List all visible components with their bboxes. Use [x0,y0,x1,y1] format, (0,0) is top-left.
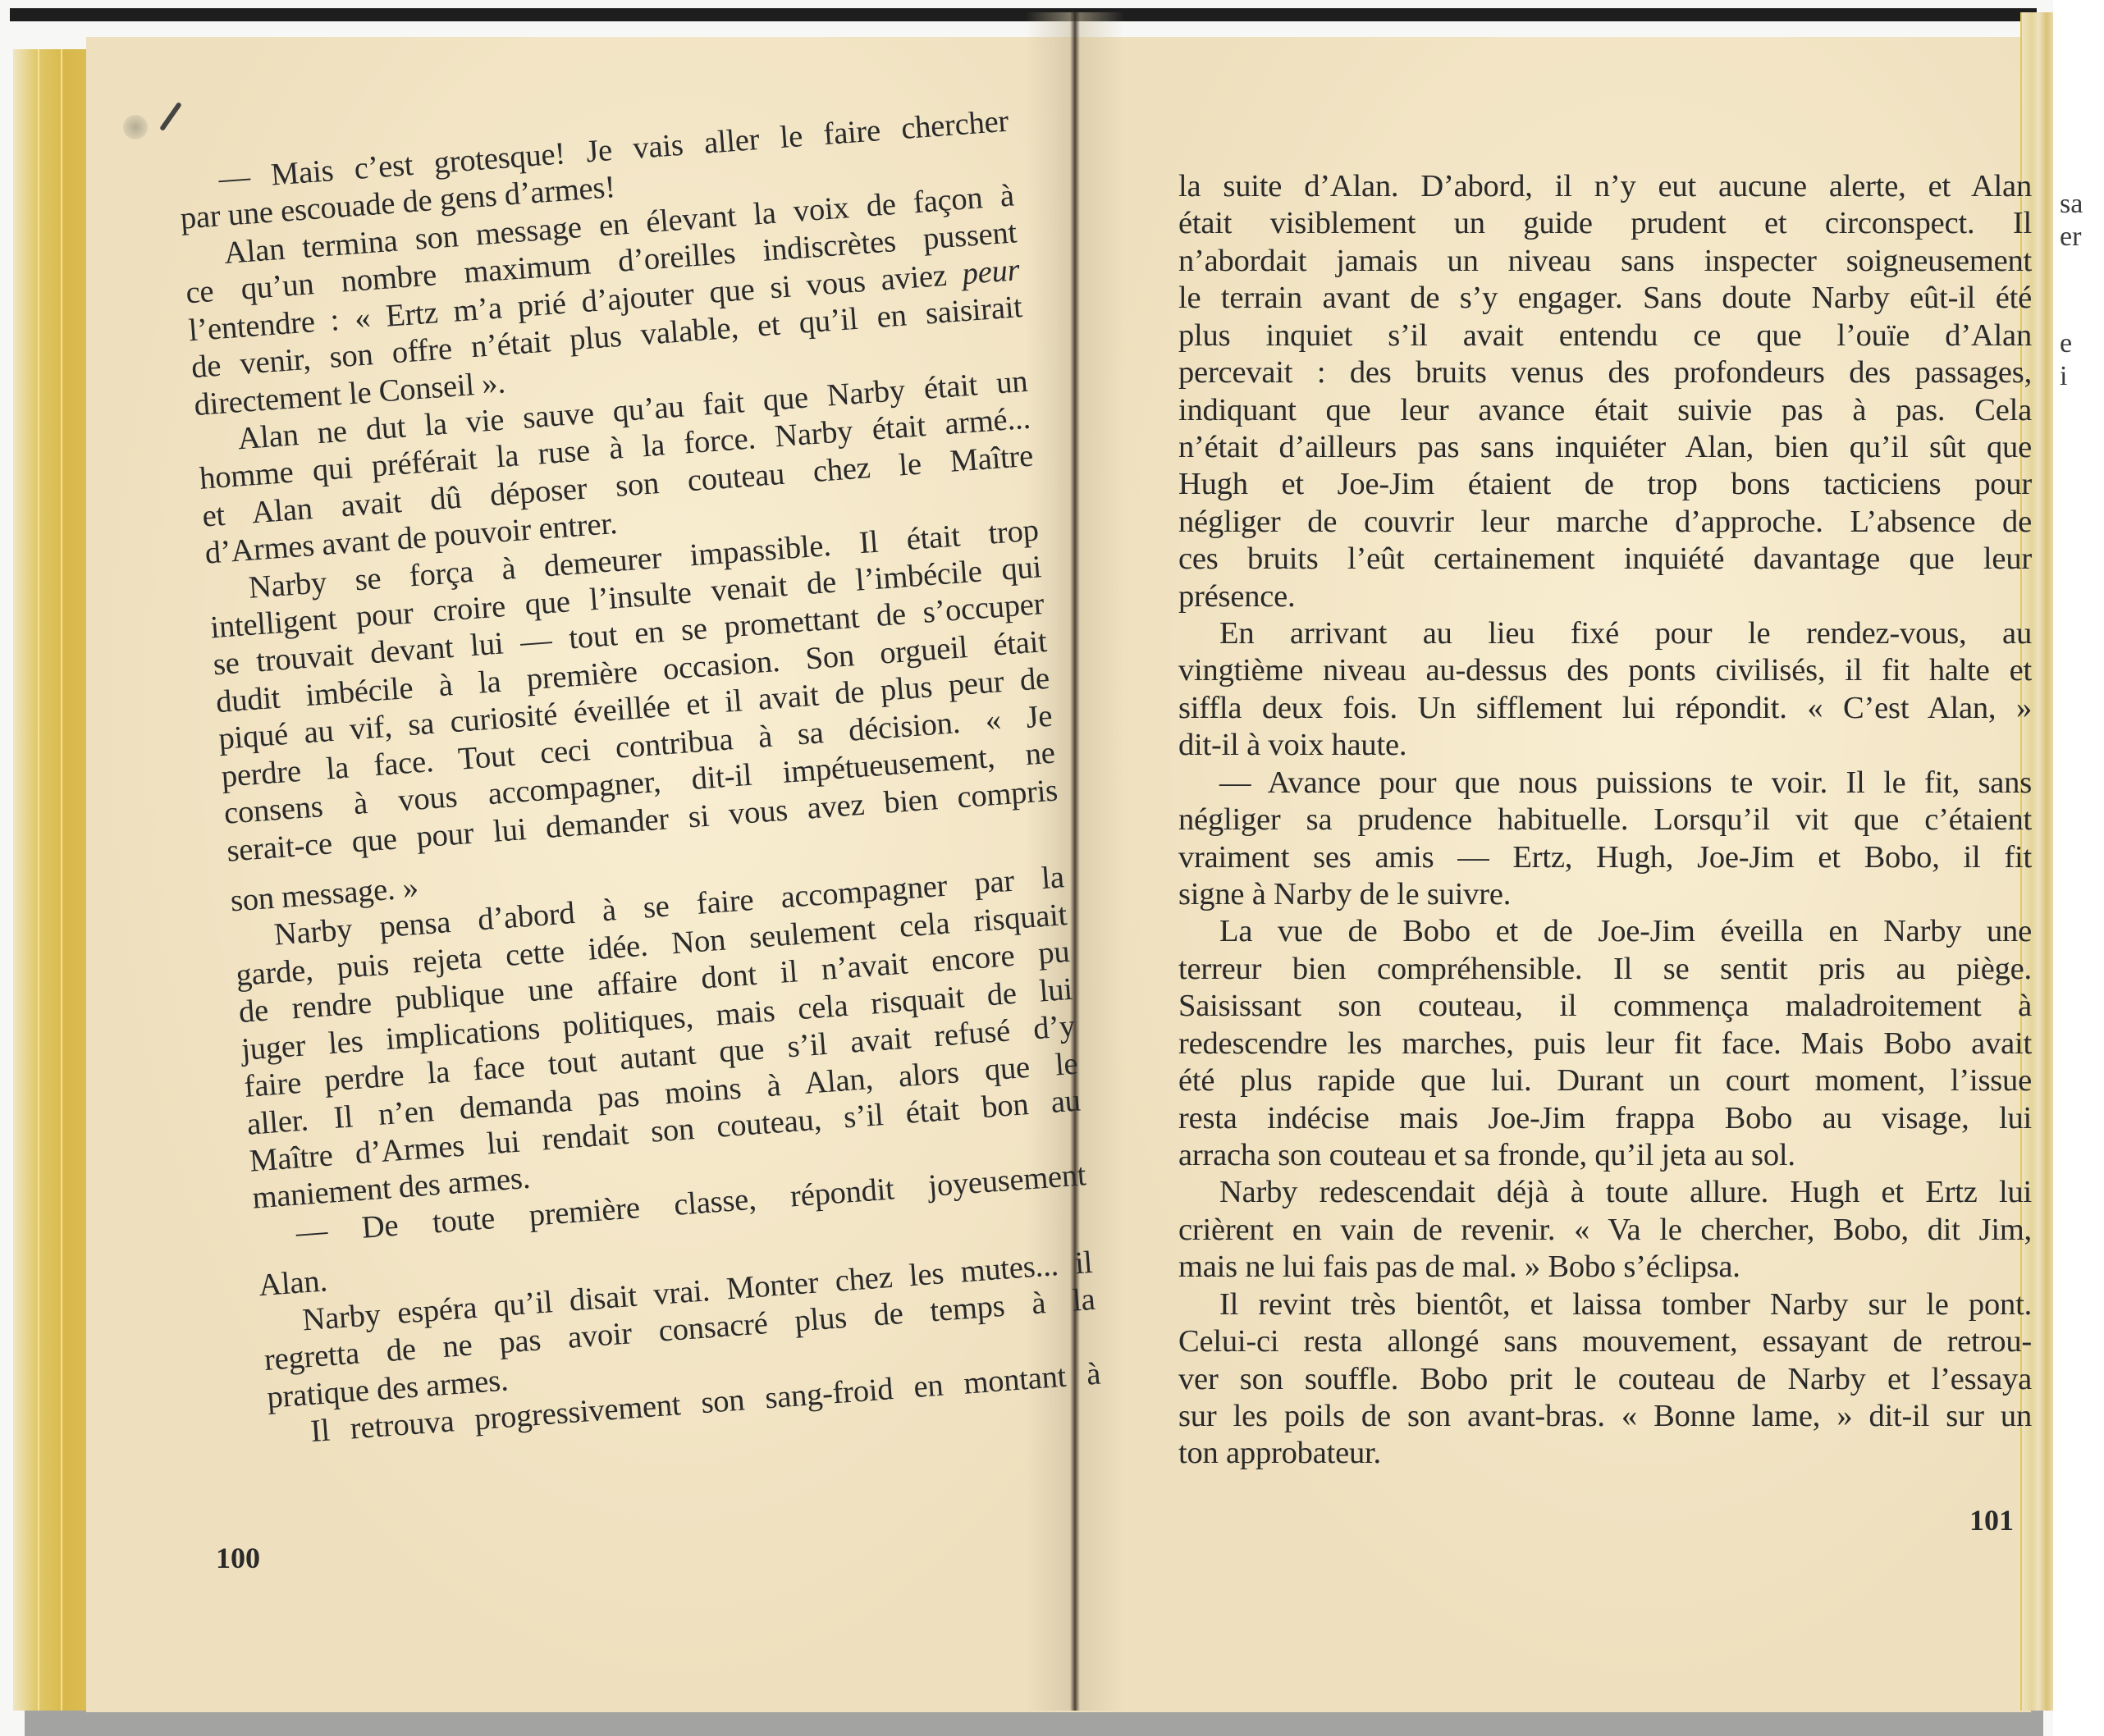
text-line: terreur bien compréhensible. Il se senti… [1178,951,2032,988]
text-line: arracha son couteau et sa fronde, qu’il … [1178,1137,2032,1174]
text-line-content: négliger de couvrir leur marche d’approc… [1178,505,2032,539]
text-line-content: la suite d’Alan. D’abord, il n’y eut auc… [1178,169,2032,203]
text-line: était visiblement un guide prudent et ci… [1178,205,2032,242]
text-line: la suite d’Alan. D’abord, il n’y eut auc… [1178,168,2032,205]
text-line-content: vraiment ses amis — Ertz, Hugh, Joe-Jim … [1178,840,2032,875]
text-line: signe à Narby de le suivre. [1178,876,2032,913]
text-line: vingtième niveau au-dessus des ponts civ… [1178,652,2032,689]
text-line: indiquant que leur avance était suivie p… [1178,392,2032,429]
left-page-text: — Mais c’est grotesque! Je vais aller le… [176,103,1102,1454]
text-line-content: percevait : des bruits venus des profond… [1178,355,2032,390]
text-line-content: signe à Narby de le suivre. [1178,877,1511,911]
text-line-content: resta indécise mais Joe-Jim frappa Bobo … [1178,1101,2032,1135]
text-line: le terrain avant de s’y engager. Sans do… [1178,280,2032,317]
text-line: Il revint très bientôt, et laissa tomber… [1178,1286,2032,1323]
bleed-fragment: er [2060,222,2081,253]
text-line: Hugh et Joe-Jim étaient de trop bons tac… [1178,466,2032,503]
text-line-content: n’était d’ailleurs pas sans inquiéter Al… [1178,430,2032,464]
text-line: négliger de couvrir leur marche d’approc… [1178,504,2032,541]
text-line: Saisissant son couteau, il commença mala… [1178,988,2032,1025]
text-line-content: été plus rapide que lui. Durant un court… [1178,1063,2032,1098]
text-line: ver son souffle. Bobo prit le couteau de… [1178,1361,2032,1398]
text-line-content: crièrent en vain de revenir. « Va le che… [1178,1213,2032,1247]
page-number-right: 101 [1969,1503,2014,1537]
text-line-content: indiquant que leur avance était suivie p… [1178,393,2032,427]
text-line: crièrent en vain de revenir. « Va le che… [1178,1212,2032,1249]
text-line-content: dit-il à voix haute. [1178,728,1406,762]
text-line: ton approbateur. [1178,1435,2032,1472]
bleed-fragment: sa [2060,189,2083,220]
text-line: siffla deux fois. Un sifflement lui répo… [1178,690,2032,727]
text-line-content: n’abordait jamais un niveau sans inspect… [1178,244,2032,278]
text-line: resta indécise mais Joe-Jim frappa Bobo … [1178,1100,2032,1137]
text-line-content: Il revint très bientôt, et laissa tomber… [1219,1287,2032,1322]
text-line: dit-il à voix haute. [1178,727,2032,764]
text-line: La vue de Bobo et de Joe-Jim éveilla en … [1178,913,2032,950]
text-line-content: mais ne lui fais pas de mal. » Bobo s’éc… [1178,1249,1740,1284]
text-line-content: redescendre les marches, puis leur fit f… [1178,1026,2032,1061]
text-line: négliger sa prudence habituelle. Lorsqu’… [1178,802,2032,838]
text-line-content: Hugh et Joe-Jim étaient de trop bons tac… [1178,467,2032,501]
text-line-content: Saisissant son couteau, il commença mala… [1178,989,2032,1023]
text-line-content: La vue de Bobo et de Joe-Jim éveilla en … [1219,914,2032,948]
text-line-content: était visiblement un guide prudent et ci… [1178,206,2032,240]
page-smudge [123,115,148,139]
bleed-fragment: e [2060,328,2072,359]
text-line-content: vingtième niveau au-dessus des ponts civ… [1178,653,2032,688]
text-line-content: Celui-ci resta allongé sans mouvement, e… [1178,1324,2032,1359]
text-line-content: présence. [1178,579,1295,614]
text-line-content: négliger sa prudence habituelle. Lorsqu’… [1178,802,2032,837]
text-line-content: le terrain avant de s’y engager. Sans do… [1178,281,2032,315]
next-page-bleed: sa er e i [2053,0,2104,1736]
right-page-text: la suite d’Alan. D’abord, il n’y eut auc… [1178,168,2032,1473]
bleed-fragment: i [2060,361,2067,392]
text-line: En arrivant au lieu fixé pour le rendez-… [1178,615,2032,652]
text-line-content: ver son souffle. Bobo prit le couteau de… [1178,1362,2032,1396]
text-line-content: terreur bien compréhensible. Il se senti… [1178,952,2032,986]
text-line-content: sur les poils de son avant-bras. « Bonne… [1178,1399,2032,1433]
text-line-content: — Avance pour que nous puissions te voir… [1219,765,2032,800]
text-line-content: Alan. [258,1263,328,1303]
text-line-content: ton approbateur. [1178,1436,1381,1470]
text-line: redescendre les marches, puis leur fit f… [1178,1026,2032,1062]
text-line: n’abordait jamais un niveau sans inspect… [1178,243,2032,280]
text-line: présence. [1178,578,2032,615]
text-line: plus inquiet s’il avait entendu ce que l… [1178,318,2032,354]
page-number-left: 100 [216,1541,260,1575]
text-line: vraiment ses amis — Ertz, Hugh, Joe-Jim … [1178,839,2032,876]
text-line: mais ne lui fais pas de mal. » Bobo s’éc… [1178,1249,2032,1286]
text-line-content: siffla deux fois. Un sifflement lui répo… [1178,691,2032,725]
text-line-content: ces bruits l’eût certainement inquiété d… [1178,541,2032,576]
text-line: été plus rapide que lui. Durant un court… [1178,1062,2032,1099]
text-line: — Avance pour que nous puissions te voir… [1178,765,2032,802]
text-line-content: En arrivant au lieu fixé pour le rendez-… [1219,616,2032,651]
text-line: ces bruits l’eût certainement inquiété d… [1178,541,2032,578]
text-line: n’était d’ailleurs pas sans inquiéter Al… [1178,429,2032,466]
scanner-bottom-shadow [25,1711,2043,1736]
text-line: sur les poils de son avant-bras. « Bonne… [1178,1398,2032,1435]
scanner-top-edge [10,8,2037,21]
text-line-content: Narby redescendait déjà à toute allure. … [1219,1175,2032,1209]
text-line-content: arracha son couteau et sa fronde, qu’il … [1178,1138,1795,1172]
text-line: Celui-ci resta allongé sans mouvement, e… [1178,1323,2032,1360]
text-line: percevait : des bruits venus des profond… [1178,354,2032,391]
text-line-content: plus inquiet s’il avait entendu ce que l… [1178,318,2032,353]
italic-word: peur [961,253,1021,291]
text-line: Narby redescendait déjà à toute allure. … [1178,1174,2032,1211]
